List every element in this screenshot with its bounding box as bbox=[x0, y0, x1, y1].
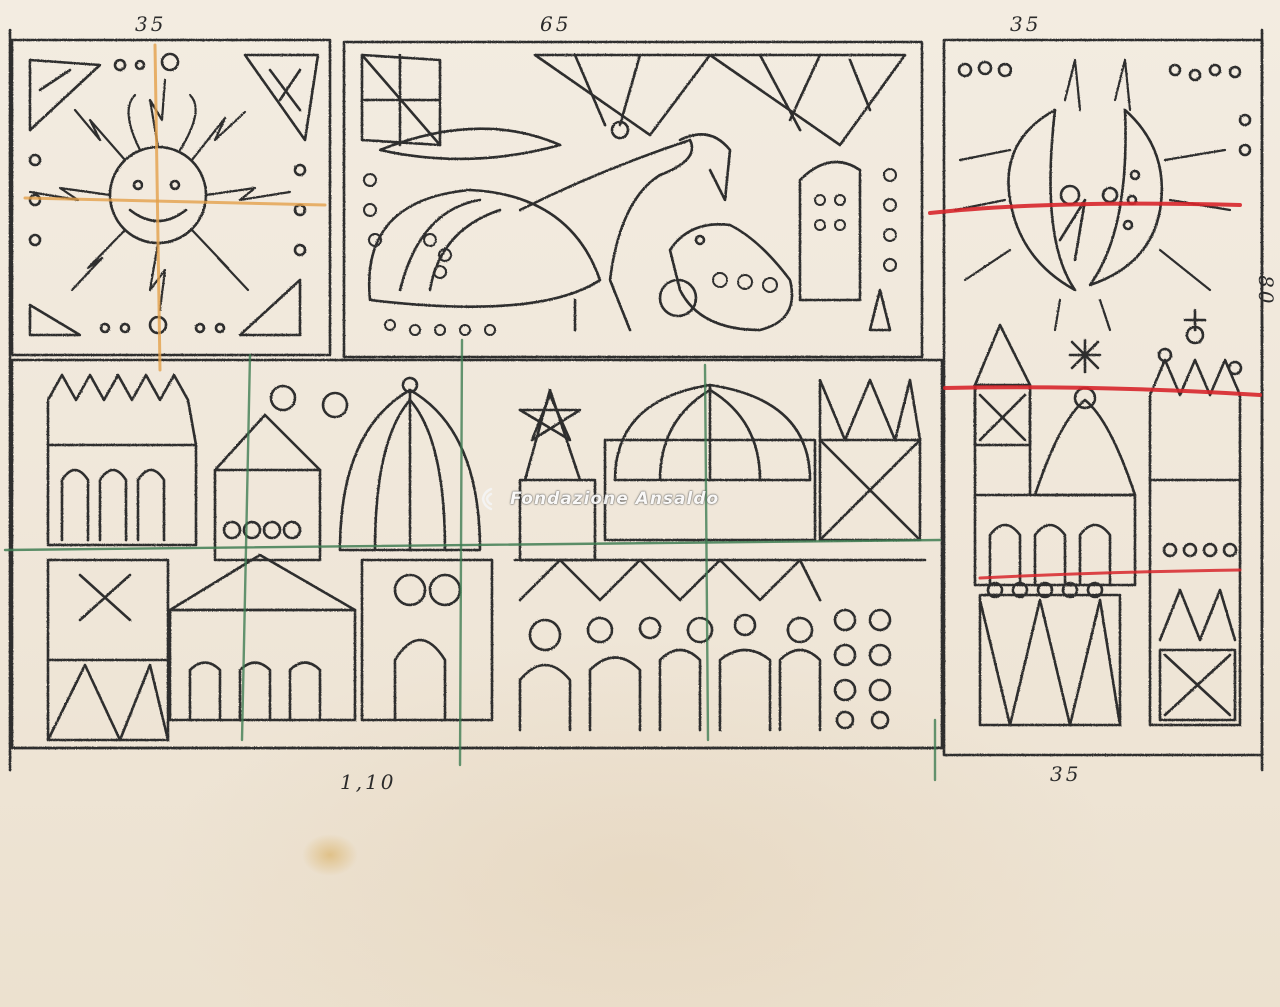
dimension-label-towers: 35 bbox=[1050, 762, 1081, 786]
dimension-label-height: 80 bbox=[1254, 275, 1278, 306]
watermark: Fondazione Ansaldo bbox=[478, 486, 719, 512]
birds-panel bbox=[362, 55, 905, 335]
fondazione-logo-icon bbox=[478, 486, 504, 512]
sketch-sheet: 35 65 35 1,10 35 80 Fondazione Ansaldo bbox=[0, 0, 1280, 1007]
dimension-label-skyline: 1,10 bbox=[340, 770, 397, 794]
dimension-label-right-panel: 35 bbox=[1010, 12, 1041, 36]
towers-right bbox=[975, 310, 1241, 725]
sun-moon-right bbox=[955, 60, 1250, 330]
dimension-label-middle-panel: 65 bbox=[540, 12, 571, 36]
sun-left bbox=[30, 54, 318, 335]
dimension-label-left-panel: 35 bbox=[135, 12, 166, 36]
city-skyline bbox=[48, 375, 925, 740]
watermark-text: Fondazione Ansaldo bbox=[510, 489, 719, 509]
